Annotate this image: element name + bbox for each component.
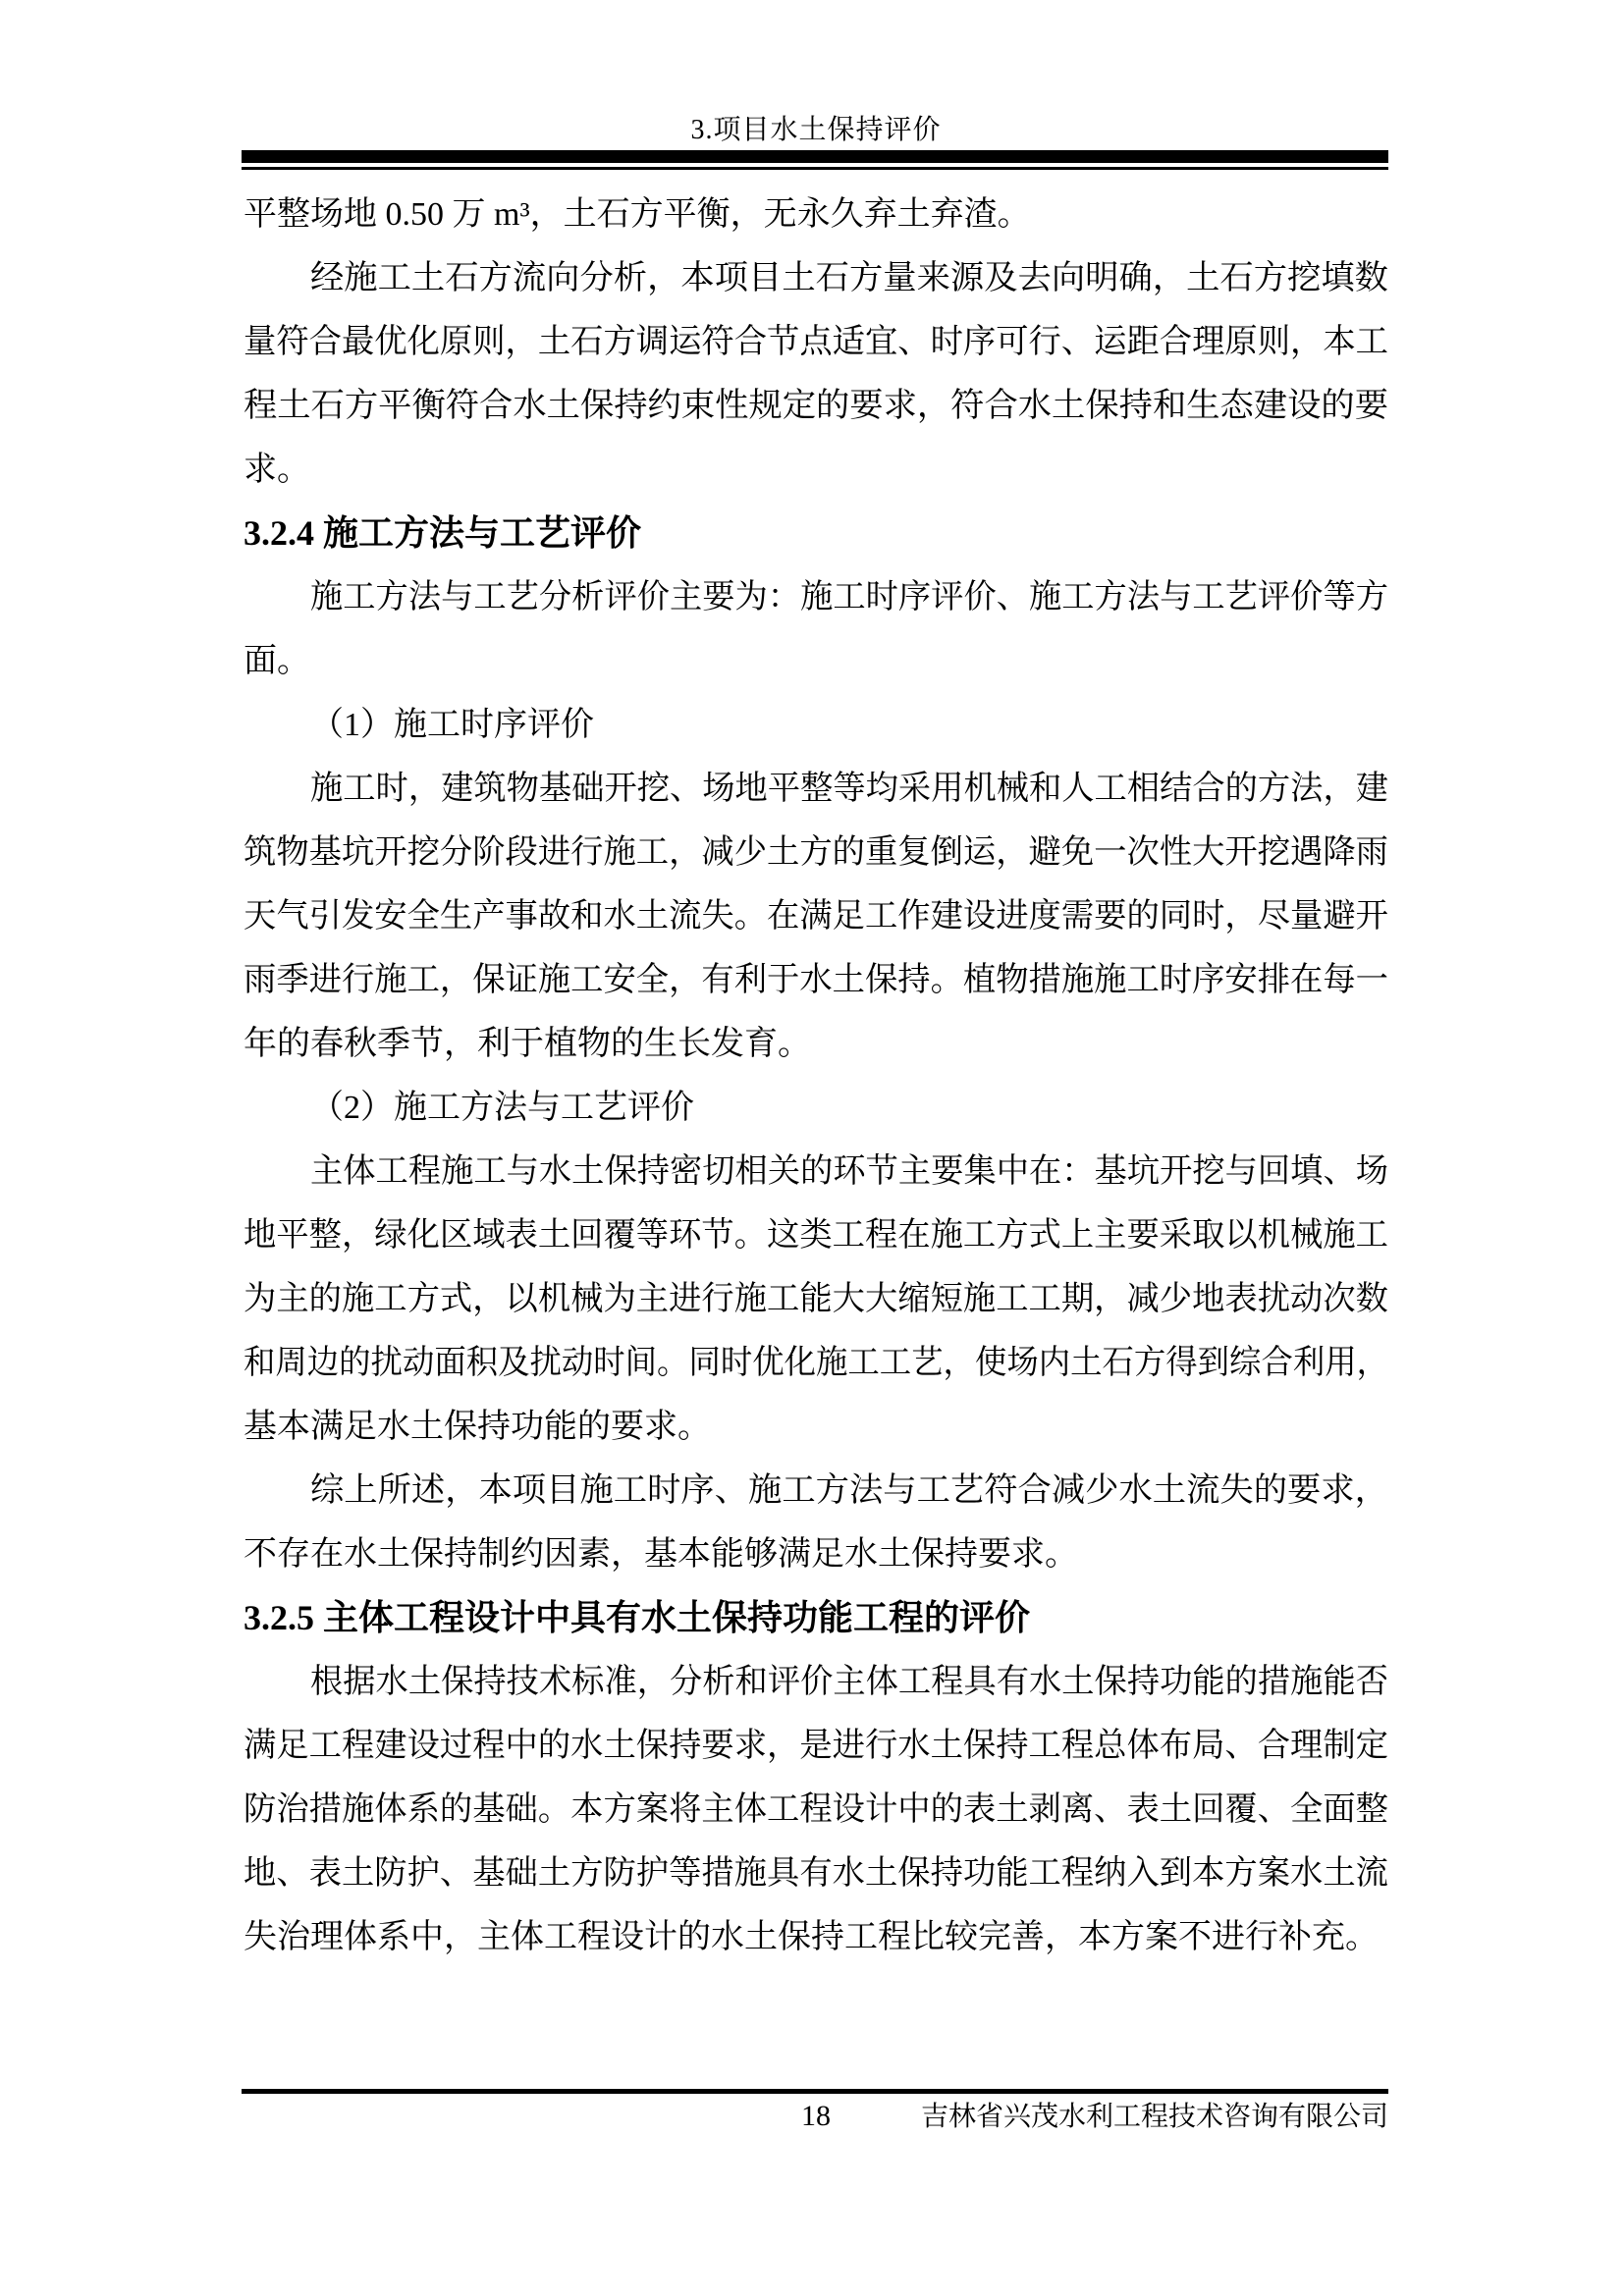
text-line: 平整场地 0.50 万 m³，土石方平衡，无永久弃土弃渣。 — [244, 183, 1388, 246]
text-line-content: 雨季进行施工，保证施工安全，有利于水土保持。植物措施施工时序安排在每一 — [244, 948, 1388, 1012]
text-line-content: 施工时，建筑物基础开挖、场地平整等均采用机械和人工相结合的方法，建 — [310, 757, 1388, 821]
text-line-content: 地平整，绿化区域表土回覆等环节。这类工程在施工方式上主要采取以机械施工 — [244, 1203, 1388, 1267]
page-header-title: 3.项目水土保持评价 — [244, 114, 1388, 147]
text-line: 不存在水土保持制约因素，基本能够满足水土保持要求。 — [244, 1522, 1388, 1586]
text-line-content: 为主的施工方式，以机械为主进行施工能大大缩短施工工期，减少地表扰动次数 — [244, 1267, 1388, 1331]
text-line-content: 年的春秋季节，利于植物的生长发育。 — [244, 1012, 811, 1076]
document-page: 3.项目水土保持评价 平整场地 0.50 万 m³，土石方平衡，无永久弃土弃渣。… — [0, 0, 1624, 2296]
text-line: 施工方法与工艺分析评价主要为：施工时序评价、施工方法与工艺评价等方 — [244, 565, 1388, 629]
text-line: （2）施工方法与工艺评价 — [244, 1076, 1388, 1140]
text-line-content: 防治措施体系的基础。本方案将主体工程设计中的表土剥离、表土回覆、全面整 — [244, 1778, 1388, 1842]
text-line-content: 满足工程建设过程中的水土保持要求，是进行水土保持工程总体布局、合理制定 — [244, 1714, 1388, 1778]
header-rule-thick — [242, 150, 1388, 163]
text-line: 基本满足水土保持功能的要求。 — [244, 1395, 1388, 1459]
text-line-content: 失治理体系中，主体工程设计的水土保持工程比较完善，本方案不进行补充。 — [244, 1905, 1379, 1969]
text-line-content: 根据水土保持技术标准，分析和评价主体工程具有水土保持功能的措施能否 — [310, 1650, 1388, 1714]
text-line: 雨季进行施工，保证施工安全，有利于水土保持。植物措施施工时序安排在每一 — [244, 948, 1388, 1012]
text-line: 施工时，建筑物基础开挖、场地平整等均采用机械和人工相结合的方法，建 — [244, 757, 1388, 821]
text-line: 为主的施工方式，以机械为主进行施工能大大缩短施工工期，减少地表扰动次数 — [244, 1267, 1388, 1331]
text-line-content: 基本满足水土保持功能的要求。 — [244, 1395, 711, 1459]
text-line-content: 平整场地 0.50 万 m³，土石方平衡，无永久弃土弃渣。 — [244, 183, 1031, 246]
text-line: 和周边的扰动面积及扰动时间。同时优化施工工艺，使场内土石方得到综合利用， — [244, 1331, 1388, 1395]
text-line-content: 求。 — [244, 438, 310, 502]
text-line-content: （1）施工时序评价 — [310, 693, 594, 757]
text-line: 失治理体系中，主体工程设计的水土保持工程比较完善，本方案不进行补充。 — [244, 1905, 1388, 1969]
text-line: 地平整，绿化区域表土回覆等环节。这类工程在施工方式上主要采取以机械施工 — [244, 1203, 1388, 1267]
text-line-content: 量符合最优化原则，土石方调运符合节点适宜、时序可行、运距合理原则，本工 — [244, 310, 1388, 374]
text-line-content: 程土石方平衡符合水土保持约束性规定的要求，符合水土保持和生态建设的要 — [244, 374, 1388, 438]
document-lines: 平整场地 0.50 万 m³，土石方平衡，无永久弃土弃渣。经施工土石方流向分析，… — [244, 183, 1388, 1969]
text-line: 量符合最优化原则，土石方调运符合节点适宜、时序可行、运距合理原则，本工 — [244, 310, 1388, 374]
text-line: 求。 — [244, 438, 1388, 502]
text-line: （1）施工时序评价 — [244, 693, 1388, 757]
text-line: 面。 — [244, 629, 1388, 693]
text-line-content: 面。 — [244, 629, 310, 693]
text-line: 根据水土保持技术标准，分析和评价主体工程具有水土保持功能的措施能否 — [244, 1650, 1388, 1714]
text-line-content: （2）施工方法与工艺评价 — [310, 1076, 694, 1140]
text-line: 防治措施体系的基础。本方案将主体工程设计中的表土剥离、表土回覆、全面整 — [244, 1778, 1388, 1842]
text-line-content: 不存在水土保持制约因素，基本能够满足水土保持要求。 — [244, 1522, 1078, 1586]
footer-rule — [242, 2089, 1388, 2094]
text-line: 年的春秋季节，利于植物的生长发育。 — [244, 1012, 1388, 1076]
text-line-content: 和周边的扰动面积及扰动时间。同时优化施工工艺，使场内土石方得到综合利用， — [244, 1331, 1388, 1395]
text-line-content: 3.2.4 施工方法与工艺评价 — [244, 502, 641, 565]
text-line: 综上所述，本项目施工时序、施工方法与工艺符合减少水土流失的要求， — [244, 1459, 1388, 1522]
text-line: 满足工程建设过程中的水土保持要求，是进行水土保持工程总体布局、合理制定 — [244, 1714, 1388, 1778]
text-line-content: 地、表土防护、基础土方防护等措施具有水土保持功能工程纳入到本方案水土流 — [244, 1842, 1388, 1905]
text-line: 筑物基坑开挖分阶段进行施工，减少土方的重复倒运，避免一次性大开挖遇降雨 — [244, 821, 1388, 884]
text-line: 程土石方平衡符合水土保持约束性规定的要求，符合水土保持和生态建设的要 — [244, 374, 1388, 438]
text-line-content: 天气引发安全生产事故和水土流失。在满足工作建设进度需要的同时，尽量避开 — [244, 884, 1388, 948]
text-line: 天气引发安全生产事故和水土流失。在满足工作建设进度需要的同时，尽量避开 — [244, 884, 1388, 948]
text-line-content: 经施工土石方流向分析，本项目土石方量来源及去向明确，土石方挖填数 — [310, 246, 1388, 310]
text-line: 主体工程施工与水土保持密切相关的环节主要集中在：基坑开挖与回填、场 — [244, 1140, 1388, 1203]
text-line-content: 筑物基坑开挖分阶段进行施工，减少土方的重复倒运，避免一次性大开挖遇降雨 — [244, 821, 1388, 884]
header-rule-thin — [242, 167, 1388, 170]
footer-company: 吉林省兴茂水利工程技术咨询有限公司 — [921, 2101, 1388, 2134]
text-line-content: 综上所述，本项目施工时序、施工方法与工艺符合减少水土流失的要求， — [310, 1459, 1388, 1522]
text-line-content: 施工方法与工艺分析评价主要为：施工时序评价、施工方法与工艺评价等方 — [310, 565, 1388, 629]
section-heading: 3.2.5 主体工程设计中具有水土保持功能工程的评价 — [244, 1586, 1388, 1650]
text-line: 经施工土石方流向分析，本项目土石方量来源及去向明确，土石方挖填数 — [244, 246, 1388, 310]
text-line: 地、表土防护、基础土方防护等措施具有水土保持功能工程纳入到本方案水土流 — [244, 1842, 1388, 1905]
text-line-content: 3.2.5 主体工程设计中具有水土保持功能工程的评价 — [244, 1586, 1030, 1650]
text-line-content: 主体工程施工与水土保持密切相关的环节主要集中在：基坑开挖与回填、场 — [310, 1140, 1388, 1203]
section-heading: 3.2.4 施工方法与工艺评价 — [244, 502, 1388, 565]
